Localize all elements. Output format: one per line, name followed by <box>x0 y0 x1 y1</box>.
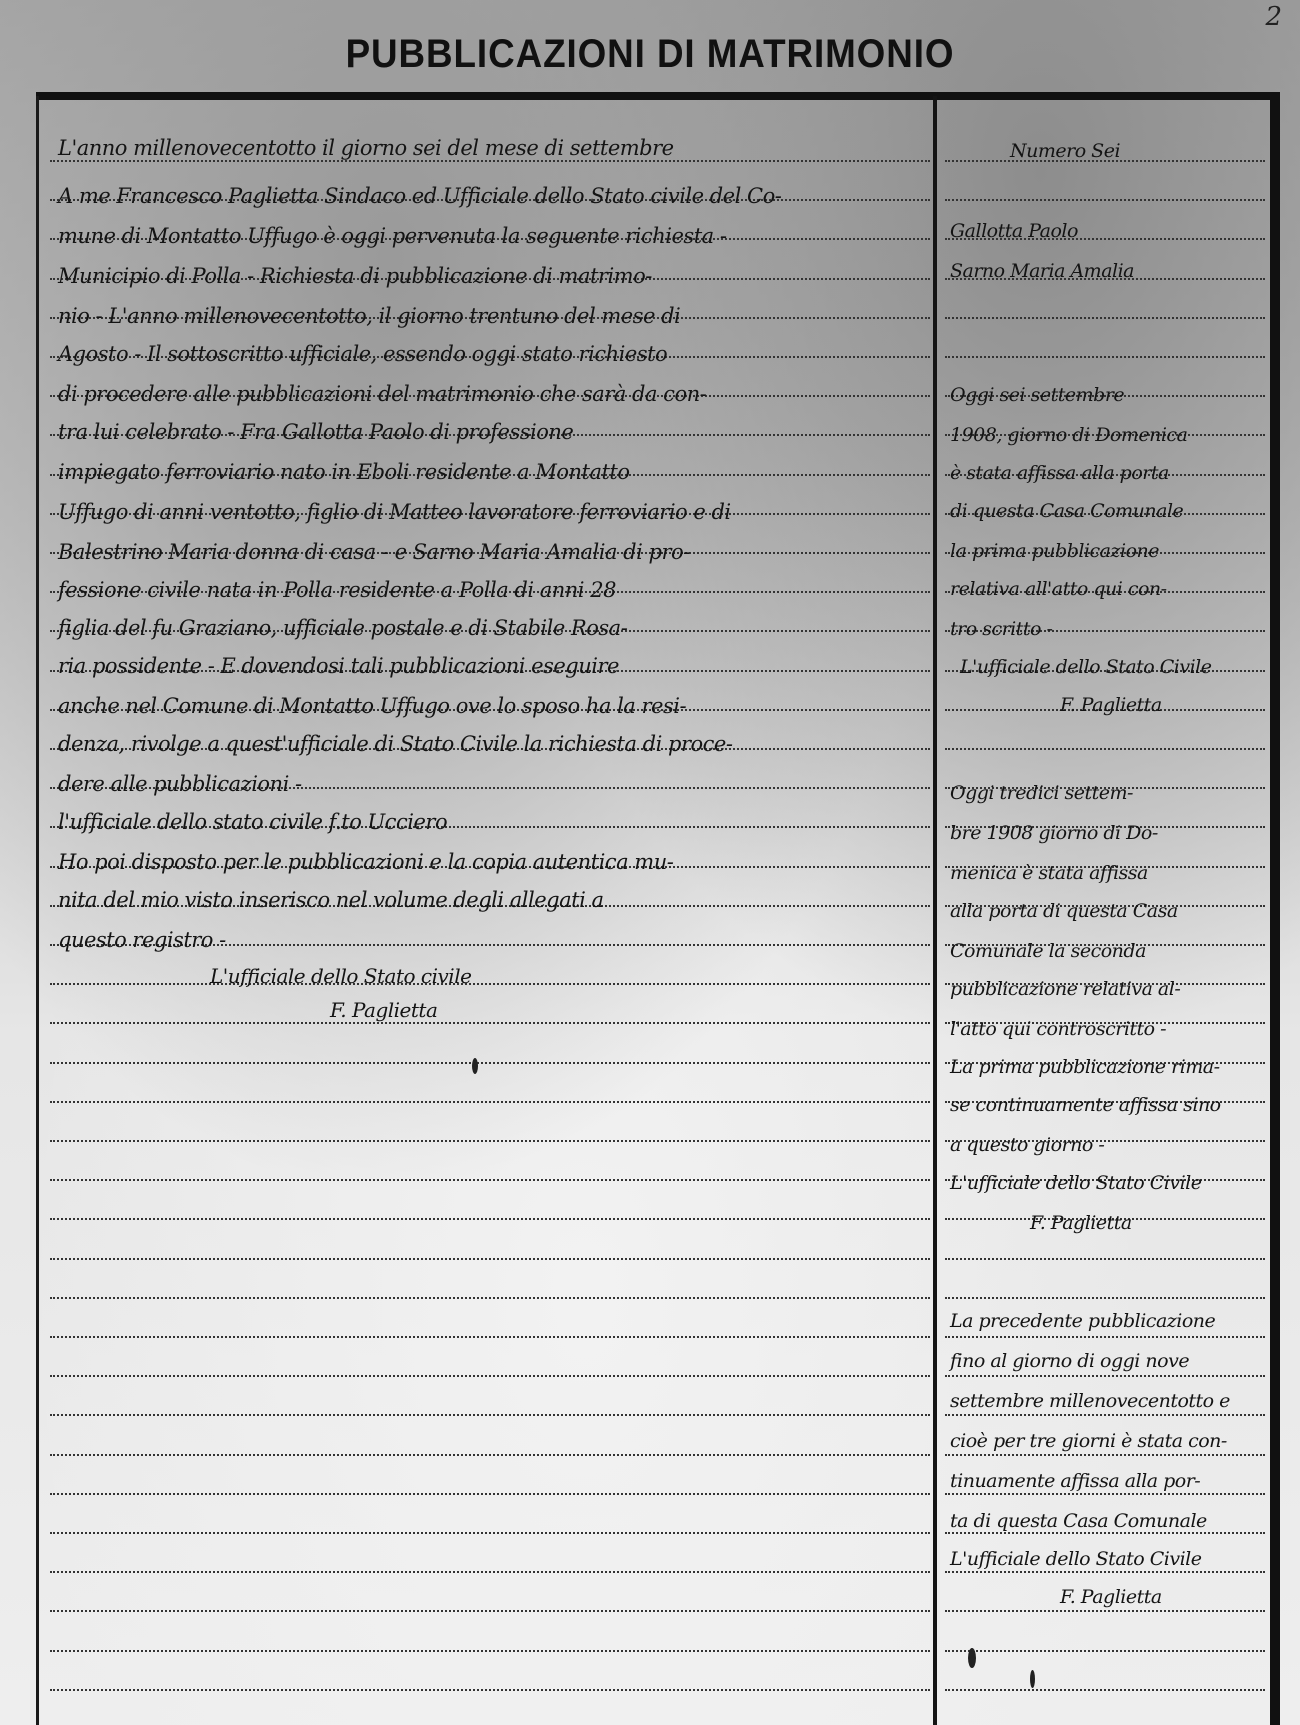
act-line: dere alle pubblicazioni - <box>58 772 302 796</box>
final-note-line: fino al giorno di oggi nove <box>950 1350 1189 1372</box>
act-line: nio - L'anno millenovecentotto, il giorn… <box>58 304 680 328</box>
ruled-line <box>945 356 1265 359</box>
act-line: fessione civile nata in Polla residente … <box>58 578 616 602</box>
bride-name: Sarno Maria Amalia <box>950 260 1134 282</box>
final-note-line: cioè per tre giorni è stata con- <box>950 1430 1227 1452</box>
second-signature-name: F. Paglietta <box>1030 1212 1132 1234</box>
final-note-line: settembre millenovecentotto e <box>950 1390 1230 1412</box>
first-publication-line: 1908, giorno di Domenica <box>950 424 1187 446</box>
act-line: Agosto - Il sottoscritto ufficiale, esse… <box>58 342 667 366</box>
second-publication-line: bre 1908 giorno di Do- <box>950 822 1158 844</box>
ruled-line <box>945 1571 1265 1574</box>
ruled-line <box>50 1336 930 1339</box>
act-line: Uffugo di anni ventotto, figlio di Matte… <box>58 500 731 524</box>
act-line: questo registro - <box>58 928 226 952</box>
ruled-line <box>945 317 1265 320</box>
first-publication-line: di questa Casa Comunale <box>950 500 1183 522</box>
ruled-line <box>945 1610 1265 1613</box>
act-line: Ho poi disposto per le pubblicazioni e l… <box>58 850 673 874</box>
ruled-line <box>50 1571 930 1574</box>
page-title: PUBBLICAZIONI DI MATRIMONIO <box>52 32 1248 77</box>
second-publication-line: Comunale la seconda <box>950 940 1146 962</box>
ruled-line <box>945 1532 1265 1535</box>
ruled-line <box>50 1140 930 1143</box>
first-publication-line: Oggi sei settembre <box>950 384 1124 406</box>
signature-title: L'ufficiale dello Stato civile <box>210 964 471 988</box>
act-line: nita del mio visto inserisco nel volume … <box>58 888 603 912</box>
ruled-line <box>945 1375 1265 1378</box>
act-line: L'anno millenovecentotto il giorno sei d… <box>58 136 674 160</box>
act-line: Balestrino Maria donna di casa - e Sarno… <box>58 540 690 564</box>
ruled-line <box>50 983 930 986</box>
first-signature-name: F. Paglietta <box>1060 694 1162 716</box>
act-line: Municipio di Polla - Richiesta di pubbli… <box>58 264 652 288</box>
act-line: l'ufficiale dello stato civile f.to Ucci… <box>58 810 447 834</box>
page-corner-mark: 2 <box>1265 2 1282 32</box>
second-publication-line: se continuamente affissa sino <box>950 1094 1221 1116</box>
frame-right-border <box>1270 92 1280 1725</box>
ruled-line <box>945 199 1265 202</box>
ruled-line <box>945 1297 1265 1300</box>
final-note-line: tinuamente affissa alla por- <box>950 1470 1200 1492</box>
ruled-line <box>50 1101 930 1104</box>
ruled-line <box>50 1062 930 1065</box>
ruled-line <box>945 1689 1265 1692</box>
ruled-line <box>50 1650 930 1653</box>
first-publication-line: tro scritto - <box>950 618 1052 640</box>
first-publication-line: relativa all'atto qui con- <box>950 578 1167 600</box>
ruled-line <box>50 1689 930 1692</box>
ruled-line <box>50 1297 930 1300</box>
act-line: denza, rivolge a quest'ufficiale di Stat… <box>58 732 732 756</box>
ruled-line <box>50 1532 930 1535</box>
ruled-line <box>50 1179 930 1182</box>
ruled-line <box>50 160 930 163</box>
ink-blot <box>472 1058 478 1074</box>
final-note-line: La precedente pubblicazione <box>950 1310 1215 1332</box>
column-divider <box>933 96 937 1725</box>
ink-blot <box>968 1648 976 1668</box>
groom-name: Gallotta Paolo <box>950 220 1078 242</box>
second-publication-line: pubblicazione relativa al- <box>950 978 1180 1000</box>
ruled-line <box>945 1650 1265 1653</box>
frame-top-border <box>36 92 1276 100</box>
ruled-line <box>50 1414 930 1417</box>
ruled-line <box>945 1414 1265 1417</box>
ruled-line <box>50 1454 930 1457</box>
ruled-line <box>50 1258 930 1261</box>
second-publication-line: alla porta di questa Casa <box>950 900 1178 922</box>
second-publication-line: La prima pubblicazione rima- <box>950 1056 1220 1078</box>
final-signature-name: F. Paglietta <box>1060 1586 1162 1608</box>
ruled-line <box>50 1610 930 1613</box>
ink-blot <box>1030 1670 1035 1688</box>
final-signature-title: L'ufficiale dello Stato Civile <box>950 1548 1202 1570</box>
ruled-line <box>945 1493 1265 1496</box>
ruled-line <box>945 1454 1265 1457</box>
first-signature-title: L'ufficiale dello Stato Civile <box>960 656 1212 678</box>
ruled-line <box>50 1218 930 1221</box>
act-line: tra lui celebrato - Fra Gallotta Paolo d… <box>58 420 573 444</box>
frame-left-border <box>36 96 39 1725</box>
act-line: di procedere alle pubblicazioni del matr… <box>58 382 706 406</box>
act-line: figlia del fu Graziano, ufficiale postal… <box>58 616 627 640</box>
second-signature-title: L'ufficiale dello Stato Civile <box>950 1172 1202 1194</box>
act-line: ria possidente - E dovendosi tali pubbli… <box>58 654 619 678</box>
ruled-line <box>945 1336 1265 1339</box>
act-line: A me Francesco Paglietta Sindaco ed Uffi… <box>58 184 781 208</box>
ruled-line <box>945 1258 1265 1261</box>
ruled-line <box>945 748 1265 751</box>
ruled-line <box>50 1375 930 1378</box>
final-note-line: ta di questa Casa Comunale <box>950 1510 1207 1532</box>
second-publication-line: Oggi tredici settem- <box>950 782 1133 804</box>
first-publication-line: è stata affissa alla porta <box>950 462 1169 484</box>
second-publication-line: menica è stata affissa <box>950 862 1148 884</box>
act-line: mune di Montatto Uffugo è oggi pervenuta… <box>58 224 726 248</box>
ruled-line <box>50 1493 930 1496</box>
second-publication-line: l'atto qui controscritto - <box>950 1018 1166 1040</box>
signature-name: F. Paglietta <box>330 998 437 1022</box>
ruled-line <box>50 1022 930 1025</box>
act-line: impiegato ferroviario nato in Eboli resi… <box>58 460 630 484</box>
act-number: Numero Sei <box>1010 140 1120 162</box>
second-publication-line: a questo giorno - <box>950 1134 1104 1156</box>
act-line: anche nel Comune di Montatto Uffugo ove … <box>58 694 686 718</box>
first-publication-line: la prima pubblicazione <box>950 540 1159 562</box>
